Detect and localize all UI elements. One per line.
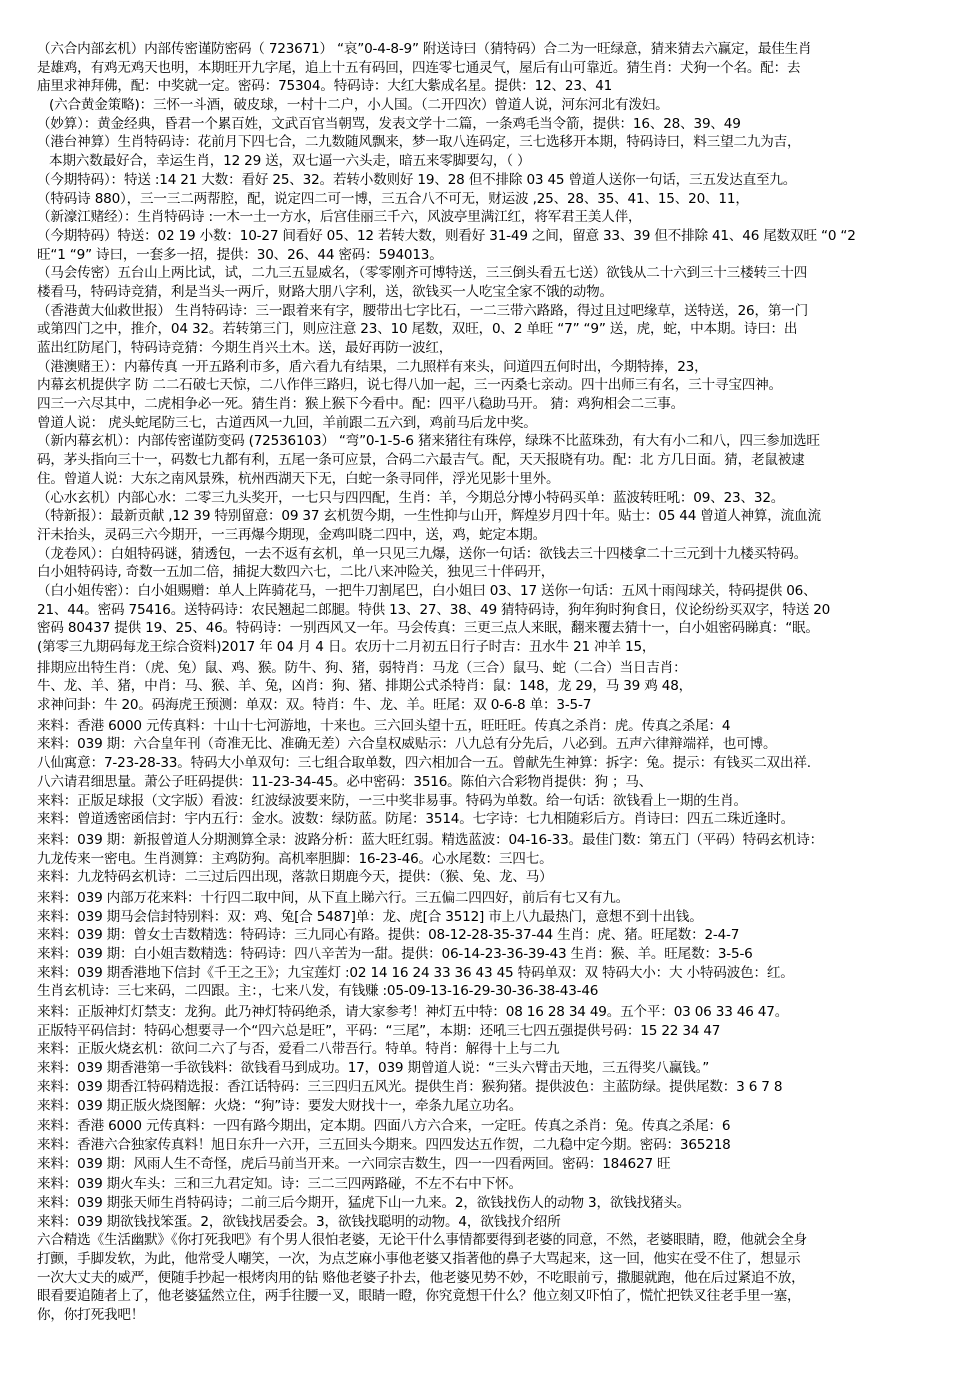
text-line: 楼看马，特码诗竞猜，利是当头一两斤，财路大朋八字利，送，欲钱买一人吃宝全家不饿的… bbox=[37, 283, 957, 302]
text-line: 来料：039 期火车头：三和三九君定知。诗：三二三四两路碰，不左不右中下怀。 bbox=[37, 1175, 957, 1194]
text-line: 牛、龙、羊、猪，中肖：马、猴、羊、兔，凶肖：狗、猪、排期公式杀特肖：鼠：148，… bbox=[37, 677, 957, 696]
text-line: 八仙寓意：7-23-28-33。特码大小单双句：三七组合取单数，四六相加合一五。… bbox=[37, 754, 957, 773]
text-line: 或第四门之中，推介，04 32。若转第三门，则应注意 23、10 尾数，双旺，0… bbox=[37, 320, 957, 339]
text-line: 来料：九龙特码玄机诗：二三过后四出现，落款日期鹿今天，提供：（猴、兔、龙、马） bbox=[37, 868, 957, 887]
text-line: （马会传密）五台山上两比试，试，二九三五显威名，（零零刚齐可博特送，三三倒头看五… bbox=[37, 264, 957, 283]
text-line: （白小姐传密）：白小姐赐赠：单人上阵骑花马，一把牛刀割尾巴，白小姐曰 03、17… bbox=[37, 582, 957, 601]
text-line: 住。曾道人说：大东之南风景殊，杭州西湖天下无，白蛇一条寻同伴，浮光见影十里外。 bbox=[37, 470, 957, 489]
text-line: （港台神算）生肖特码诗：花前月下四七合，二九数随风飘来，梦一取八连码定，三七选移… bbox=[37, 133, 957, 152]
text-line: 来料：039 期香港第一手欲钱料：欲钱看马到成功。17，039 期曾道人说：“三… bbox=[37, 1059, 957, 1078]
text-line: 八六请君细思量。萧公子旺码提供：11-23-34-45。必中密码：3516。陈伯… bbox=[37, 773, 957, 792]
text-line: 打颤，手脚发软，为此，他常受人嘲笑，一次，为点芝麻小事他老婆又指著他的鼻子大骂起… bbox=[37, 1250, 957, 1269]
text-line: 眼看要追随者上了，他老婆猛然立住，两手往腰一叉，眼睛一瞪，你究竟想干什么？他立刻… bbox=[37, 1287, 957, 1306]
text-line: 来料：香港 6000 元传真料：十山十七河游地，十来也。三六回头望十五，旺旺旺。… bbox=[37, 717, 957, 736]
text-line: 来料：039 期正版火烧图解：火烧：“狗”诗：要发大财找十一，牵条九尾立功名。 bbox=[37, 1097, 957, 1116]
text-line: 来料：039 期：风雨人生不奇怪，虎后马前当开来。一六同宗吉数生，四一一四看两回… bbox=[37, 1155, 957, 1174]
text-line: 来料：039 期香江特码精选报：香江话特码：三三四归五风光。提供生肖：猴狗猪。提… bbox=[37, 1078, 957, 1097]
text-line: (六合黄金策略)：三怀一斗酒，破皮球，一村十二户，小人国。（二开四次）曾道人说，… bbox=[37, 96, 957, 115]
text-line: 来料：正版火烧玄机：欲问二六了与否，爱看二八带吾行。特单。特肖：解得十上与二九 bbox=[37, 1040, 957, 1059]
text-line: 来料：正版足球报（文字版）看波：红波绿波要来防，一三中奖非易事。特码为单数。给一… bbox=[37, 792, 957, 811]
text-line: 九龙传来一密电。生肖测算：主鸡防狗。高机率胆脚：16-23-46。心水尾数：三四… bbox=[37, 850, 957, 869]
document-body: （六合内部玄机）内部传密谨防密码（ 723671） “哀”0-4-8-9” 附送… bbox=[37, 40, 957, 1325]
text-line: 曾道人说： 虎头蛇尾防三七，古道西风一九回，羊前跟二五六到，鸡前马后龙中奖。 bbox=[37, 414, 957, 433]
text-line: （香港黄大仙救世报） 生肖特码诗：三一跟着来有字，腰带出七字比石，一二三带六路路… bbox=[37, 302, 957, 321]
text-line: 来料：039 期香港地下信封《千王之王》；九宝莲灯 :02 14 16 24 3… bbox=[37, 964, 957, 983]
text-line: 白小姐特码诗, 奇数一五加二倍，捕捉大数四六七，二比八来冲险关，独见三十伴码开， bbox=[37, 563, 957, 582]
text-line: 来料：039 期：白小姐吉数精选：特码诗：四八辛苦为一甜。提供：06-14-23… bbox=[37, 945, 957, 964]
text-line: 生肖玄机诗：三七来码，二四跟。主：，七来八发，有钱赚 :05-09-13-16-… bbox=[37, 982, 957, 1001]
text-line: （特新报）：最新贡献 ,12 39 特别留意：09 37 玄机贺今期，一生性抑与… bbox=[37, 507, 957, 526]
text-line: 旺“1 “9” 诗曰，一套多一招，提供：30、26、44 密码：594013。 bbox=[37, 246, 957, 265]
text-line: 来料：039 期：曾女士吉数精选：特码诗：三九同心有路。提供：08-12-28-… bbox=[37, 926, 957, 945]
text-line: 汗未抬头，灵码三六今期开，一三再爆今期现，金鸡叫晓二四中，送，鸡，蛇定本期。 bbox=[37, 526, 957, 545]
text-line: （港澳赌王）：内幕传真 一开五路利市多，盾六看九有结果，二九照样有来头，问道四五… bbox=[37, 358, 957, 377]
text-line: 21、44。密码 75416。送特码诗：农民翘起二郎腿。特供 13、27、38、… bbox=[37, 601, 957, 620]
text-line: 来料：曾道透密函信封：宇内五行：金水。波数：绿防蓝。防尾：3514。七字诗：七九… bbox=[37, 810, 957, 829]
text-line: (第零三九期码每龙王综合资料)2017 年 04 月 4 日。农历十二月初五日行… bbox=[37, 638, 957, 657]
text-line: 蓝出红防尾门，特码诗竞猜：今期生肖兴土木。送，最好再防一波红， bbox=[37, 339, 957, 358]
text-line: 来料：039 期马会信封特别料：双：鸡、兔[合 5487]单：龙、虎[合 351… bbox=[37, 908, 957, 927]
text-line: （妙算）：黄金经典，昏君一个累百姓，文武百官当朝骂，发表文学十二篇，一条鸡毛当令… bbox=[37, 115, 957, 134]
text-line: （新内幕玄机）：内部传密谨防变码 (72536103） “弯”0-1-5-6 猪… bbox=[37, 432, 957, 451]
text-line: 一次大丈夫的威严，便随手抄起一根烤肉用的钻 赂他老婆子扑去，他老婆见势不妙，不吃… bbox=[37, 1269, 957, 1288]
text-line: 来料：正版神灯灯禁支：龙狗。此乃神灯特码绝杀，请大家参考！神灯五中特：08 16… bbox=[37, 1003, 957, 1022]
text-line: （新濠江赌经）：生肖特码诗 :一木一土一方水，后宫佳丽三千六，风波亭里满江红，将… bbox=[37, 208, 957, 227]
text-line: 来料：039 期：新报曾道人分期测算全录：波路分析：蓝大旺红弱。精选蓝波：04-… bbox=[37, 831, 957, 850]
text-line: 庙里求神拜佛，配：中奖就一定。密码：75304。特码诗：大红大紫成名星。提供：1… bbox=[37, 77, 957, 96]
text-line: 密码 80437 提供 19、25、46。特码诗：一别西风又一年。马会传真：三更… bbox=[37, 619, 957, 638]
text-line: 求神问卦：牛 20。码海虎王预测：单双：双。特肖：牛、龙、羊。旺尾：双 0-6-… bbox=[37, 696, 957, 715]
text-line: （心水玄机）内部心水：二零三九头奖开，一七只与四四配，生肖：羊，今期总分博小特码… bbox=[37, 489, 957, 508]
text-line: 内幕玄机提供字 防 二二石破七天惊，二八作伴三路归，说七得八加一起，三一丙桑七亲… bbox=[37, 376, 957, 395]
text-line: 是雄鸡，有鸡无鸡天也明，本期旺开九字尾，追上十五有码回，四连零七通灵气，屋后有山… bbox=[37, 59, 957, 78]
text-line: （六合内部玄机）内部传密谨防密码（ 723671） “哀”0-4-8-9” 附送… bbox=[37, 40, 957, 59]
text-line: （龙卷风）：白姐特码谜，猜透包，一去不返有玄机，单一只见三九爆，送你一句话：欲钱… bbox=[37, 545, 957, 564]
text-line: 六合精选《生活幽默》《你打死我吧》有个男人很怕老婆，无论干什么事情都要得到老婆的… bbox=[37, 1231, 957, 1250]
text-line: 正版特平码信封：特码心想要寻一个“四六总是旺”，平码：“三尾”，本期：还吼三七四… bbox=[37, 1022, 957, 1041]
text-line: 来料：039 期：六合皇年刊（奇准无比、准确无差）六合皇权威贴示：八九总有分先后… bbox=[37, 735, 957, 754]
text-line: （今期特码）：特送 :14 21 大数：看好 25、32。若转小数则好 19、2… bbox=[37, 171, 957, 190]
text-line: 来料：039 期欲钱找笨蛋。2，欲钱找居委会。3，欲钱找聪明的动物。4，欲钱找介… bbox=[37, 1213, 957, 1232]
text-line: 你，你打死我吧！ bbox=[37, 1306, 957, 1325]
text-line: （今期特码）特送：02 19 小数：10-27 间看好 05、12 若转大数，则… bbox=[37, 227, 957, 246]
text-line: 码，茅头指向三十一，码数七九都有利，五尾一条可应景，合码二六最吉气。配，天天报晓… bbox=[37, 451, 957, 470]
text-line: 本期六数最好合，幸运生肖，12 29 送，双七逼一六头走，暗五来零脚要勾，（ ） bbox=[37, 152, 957, 171]
text-line: 来料：039 内部万花来料：十行四二取中间，从下直上睇六行。三五偏二四四好，前后… bbox=[37, 889, 957, 908]
text-line: （特码诗 880），三一三二两帮腔，配，说定四二可一博，三五合八不可无，财运波 … bbox=[37, 190, 957, 209]
text-line: 排期应出特生肖：（虎、兔）鼠、鸡、猴。防牛、狗、猪，弱特肖：马龙（三合）鼠马、蛇… bbox=[37, 659, 957, 678]
text-line: 来料：039 期张天师生肖特码诗；二前三后今期开，猛虎下山一九来。2，欲钱找伤人… bbox=[37, 1194, 957, 1213]
text-line: 来料：香港 6000 元传真料：一四有路今期出，定本期。四面八方六合来，一定旺。… bbox=[37, 1117, 957, 1136]
text-line: 四三一六尽其中，二虎相争必一死。猜生肖：猴上猴下今看中。配：四平八稳助马开。 猜… bbox=[37, 395, 957, 414]
text-line: 来料：香港六合独家传真料！旭日东升一六开，三五回头今期来。四四发达五作贺，二九稳… bbox=[37, 1136, 957, 1155]
